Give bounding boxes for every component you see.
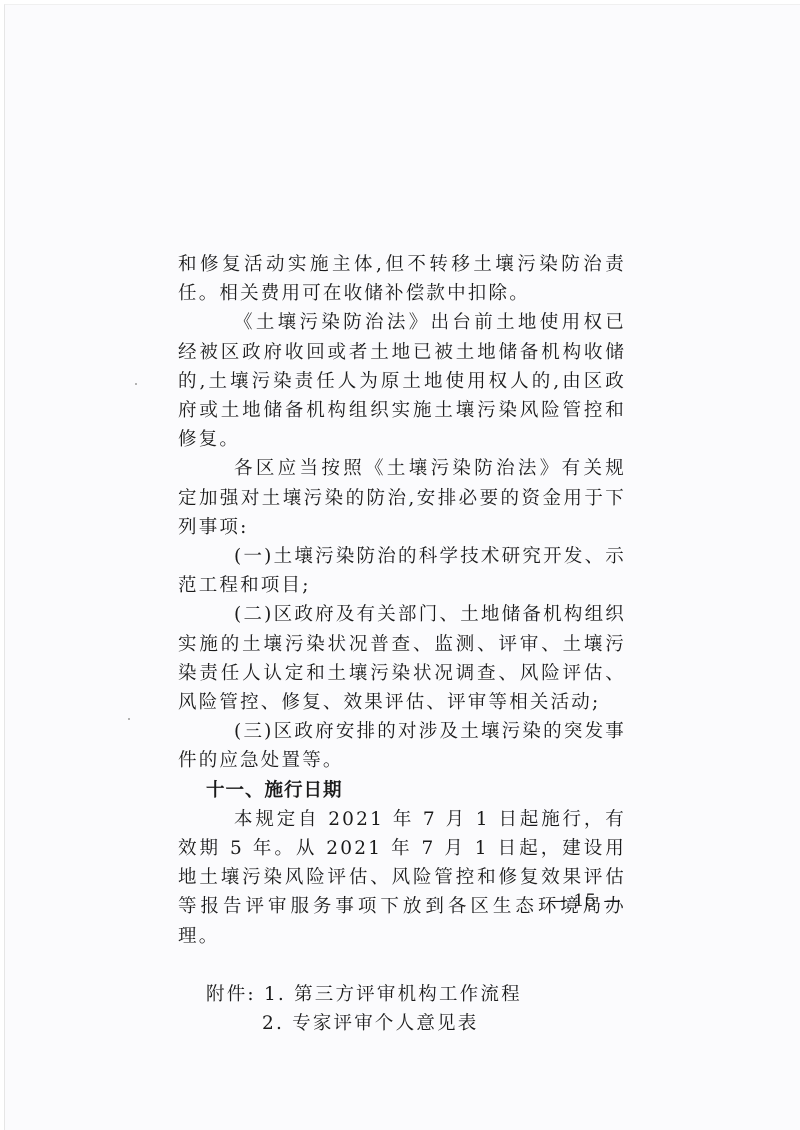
list-item-2: (二)区政府及有关部门、土地储备机构组织实施的土壤污染状况普查、监测、评审、土壤… xyxy=(178,600,626,717)
scan-speck xyxy=(135,383,137,385)
paragraph-district-funding: 各区应当按照《土壤污染防治法》有关规定加强对土壤污染的防治,安排必要的资金用于下… xyxy=(178,454,626,542)
paragraph-effective-date: 本规定自 2021 年 7 月 1 日起施行，有效期 5 年。从 2021 年 … xyxy=(178,805,626,951)
attachment-item-1: 1. 第三方评审机构工作流程 xyxy=(264,984,522,1005)
list-item-3: (三)区政府安排的对涉及土壤污染的突发事件的应急处置等。 xyxy=(178,717,626,775)
page-number: — 15 — xyxy=(549,891,621,911)
attachment-row-2: 2. 专家评审个人意见表 xyxy=(178,1009,626,1038)
list-item-1: (一)土壤污染防治的科学技术研究开发、示范工程和项目; xyxy=(178,542,626,600)
paragraph-continuation: 和修复活动实施主体,但不转移土壤污染防治责任。相关费用可在收储补偿款中扣除。 xyxy=(178,250,626,308)
paragraph-prior-land-use: 《土壤污染防治法》出台前土地使用权已经被区政府收回或者土地已被土地储备机构收储的… xyxy=(178,308,626,454)
attachment-row-1: 附件: 1. 第三方评审机构工作流程 xyxy=(178,980,626,1009)
spacer xyxy=(178,951,626,980)
attachment-item-2: 2. 专家评审个人意见表 xyxy=(262,1013,478,1034)
document-body: 和修复活动实施主体,但不转移土壤污染防治责任。相关费用可在收储补偿款中扣除。 《… xyxy=(178,250,626,1038)
attachments-label: 附件: xyxy=(206,984,256,1005)
scan-speck xyxy=(128,718,130,720)
section-heading: 十一、施行日期 xyxy=(178,776,626,805)
